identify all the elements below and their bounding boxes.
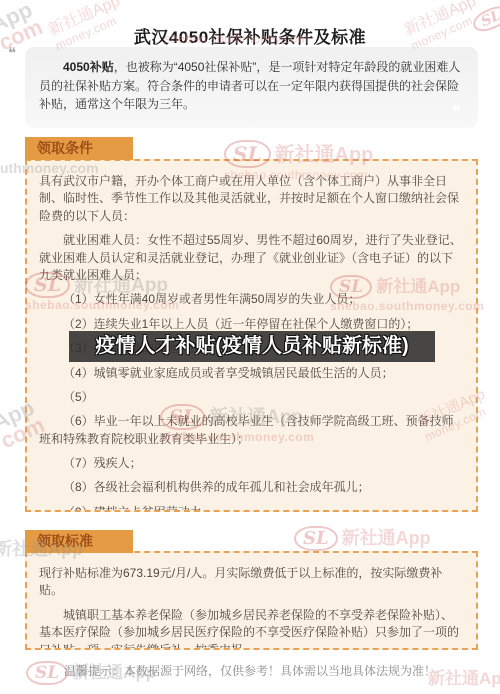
section-heading-standards: 领取标准 xyxy=(25,530,133,553)
intro-lead: 4050补贴 xyxy=(63,60,114,74)
intro-summary-box: 4050补贴，也被称为“4050社保补贴”，是一项针对特定年龄段的就业困难人员的… xyxy=(25,47,478,128)
condition-item: （6）毕业一年以上未就业的高校毕业生（含技师学院高级工班、预备技师班和特殊教育院… xyxy=(39,413,463,448)
conditions-paragraph: 就业困难人员：女性不超过55周岁、男性不超过60周岁，进行了失业登记、就业困难人… xyxy=(39,232,463,284)
standards-paragraph: 现行补贴标准为673.19元/月/人。月实际缴费低于以上标准的，按实际缴费补贴。 xyxy=(39,565,463,600)
condition-item: （9）建档立卡贫困劳动力。 xyxy=(39,504,463,512)
standards-paragraph: 城镇职工基本养老保险（参加城乡居民养老保险的不享受养老保险补贴）、基本医疗保险（… xyxy=(39,607,463,650)
overlay-headline: 疫情人才补贴(疫情人员补贴新标准) xyxy=(69,331,435,362)
condition-item: （1）女性年满40周岁或者男性年满50周岁的失业人员； xyxy=(39,291,463,308)
standards-box: 现行补贴标准为673.19元/月/人。月实际缴费低于以上标准的，按实际缴费补贴。… xyxy=(25,551,478,650)
footer-disclaimer: 温馨提示：本数据源于网络，仅供参考！具体需以当地具体法规为准！ xyxy=(0,662,500,679)
condition-item: （4）城镇零就业家庭成员或者享受城镇居民最低生活的人员； xyxy=(39,365,463,382)
conditions-paragraph: 具有武汉市户籍，开办个体工商户或在用人单位（含个体工商户）从事非全日制、临时性、… xyxy=(39,173,463,225)
condition-item: （5） xyxy=(39,389,463,406)
condition-item: （7）残疾人； xyxy=(39,455,463,472)
page-title: 武汉4050社保补贴条件及标准 xyxy=(0,23,500,48)
close-quote-icon: ❞ xyxy=(452,103,461,123)
intro-paragraph: 4050补贴，也被称为“4050社保补贴”，是一项针对特定年龄段的就业困难人员的… xyxy=(39,58,464,114)
watermark: SL新社通App xyxy=(294,524,431,551)
section-heading-conditions: 领取条件 xyxy=(25,137,133,160)
condition-item: （8）各级社会福利机构供养的成年孤儿和社会成年孤儿； xyxy=(39,479,463,496)
